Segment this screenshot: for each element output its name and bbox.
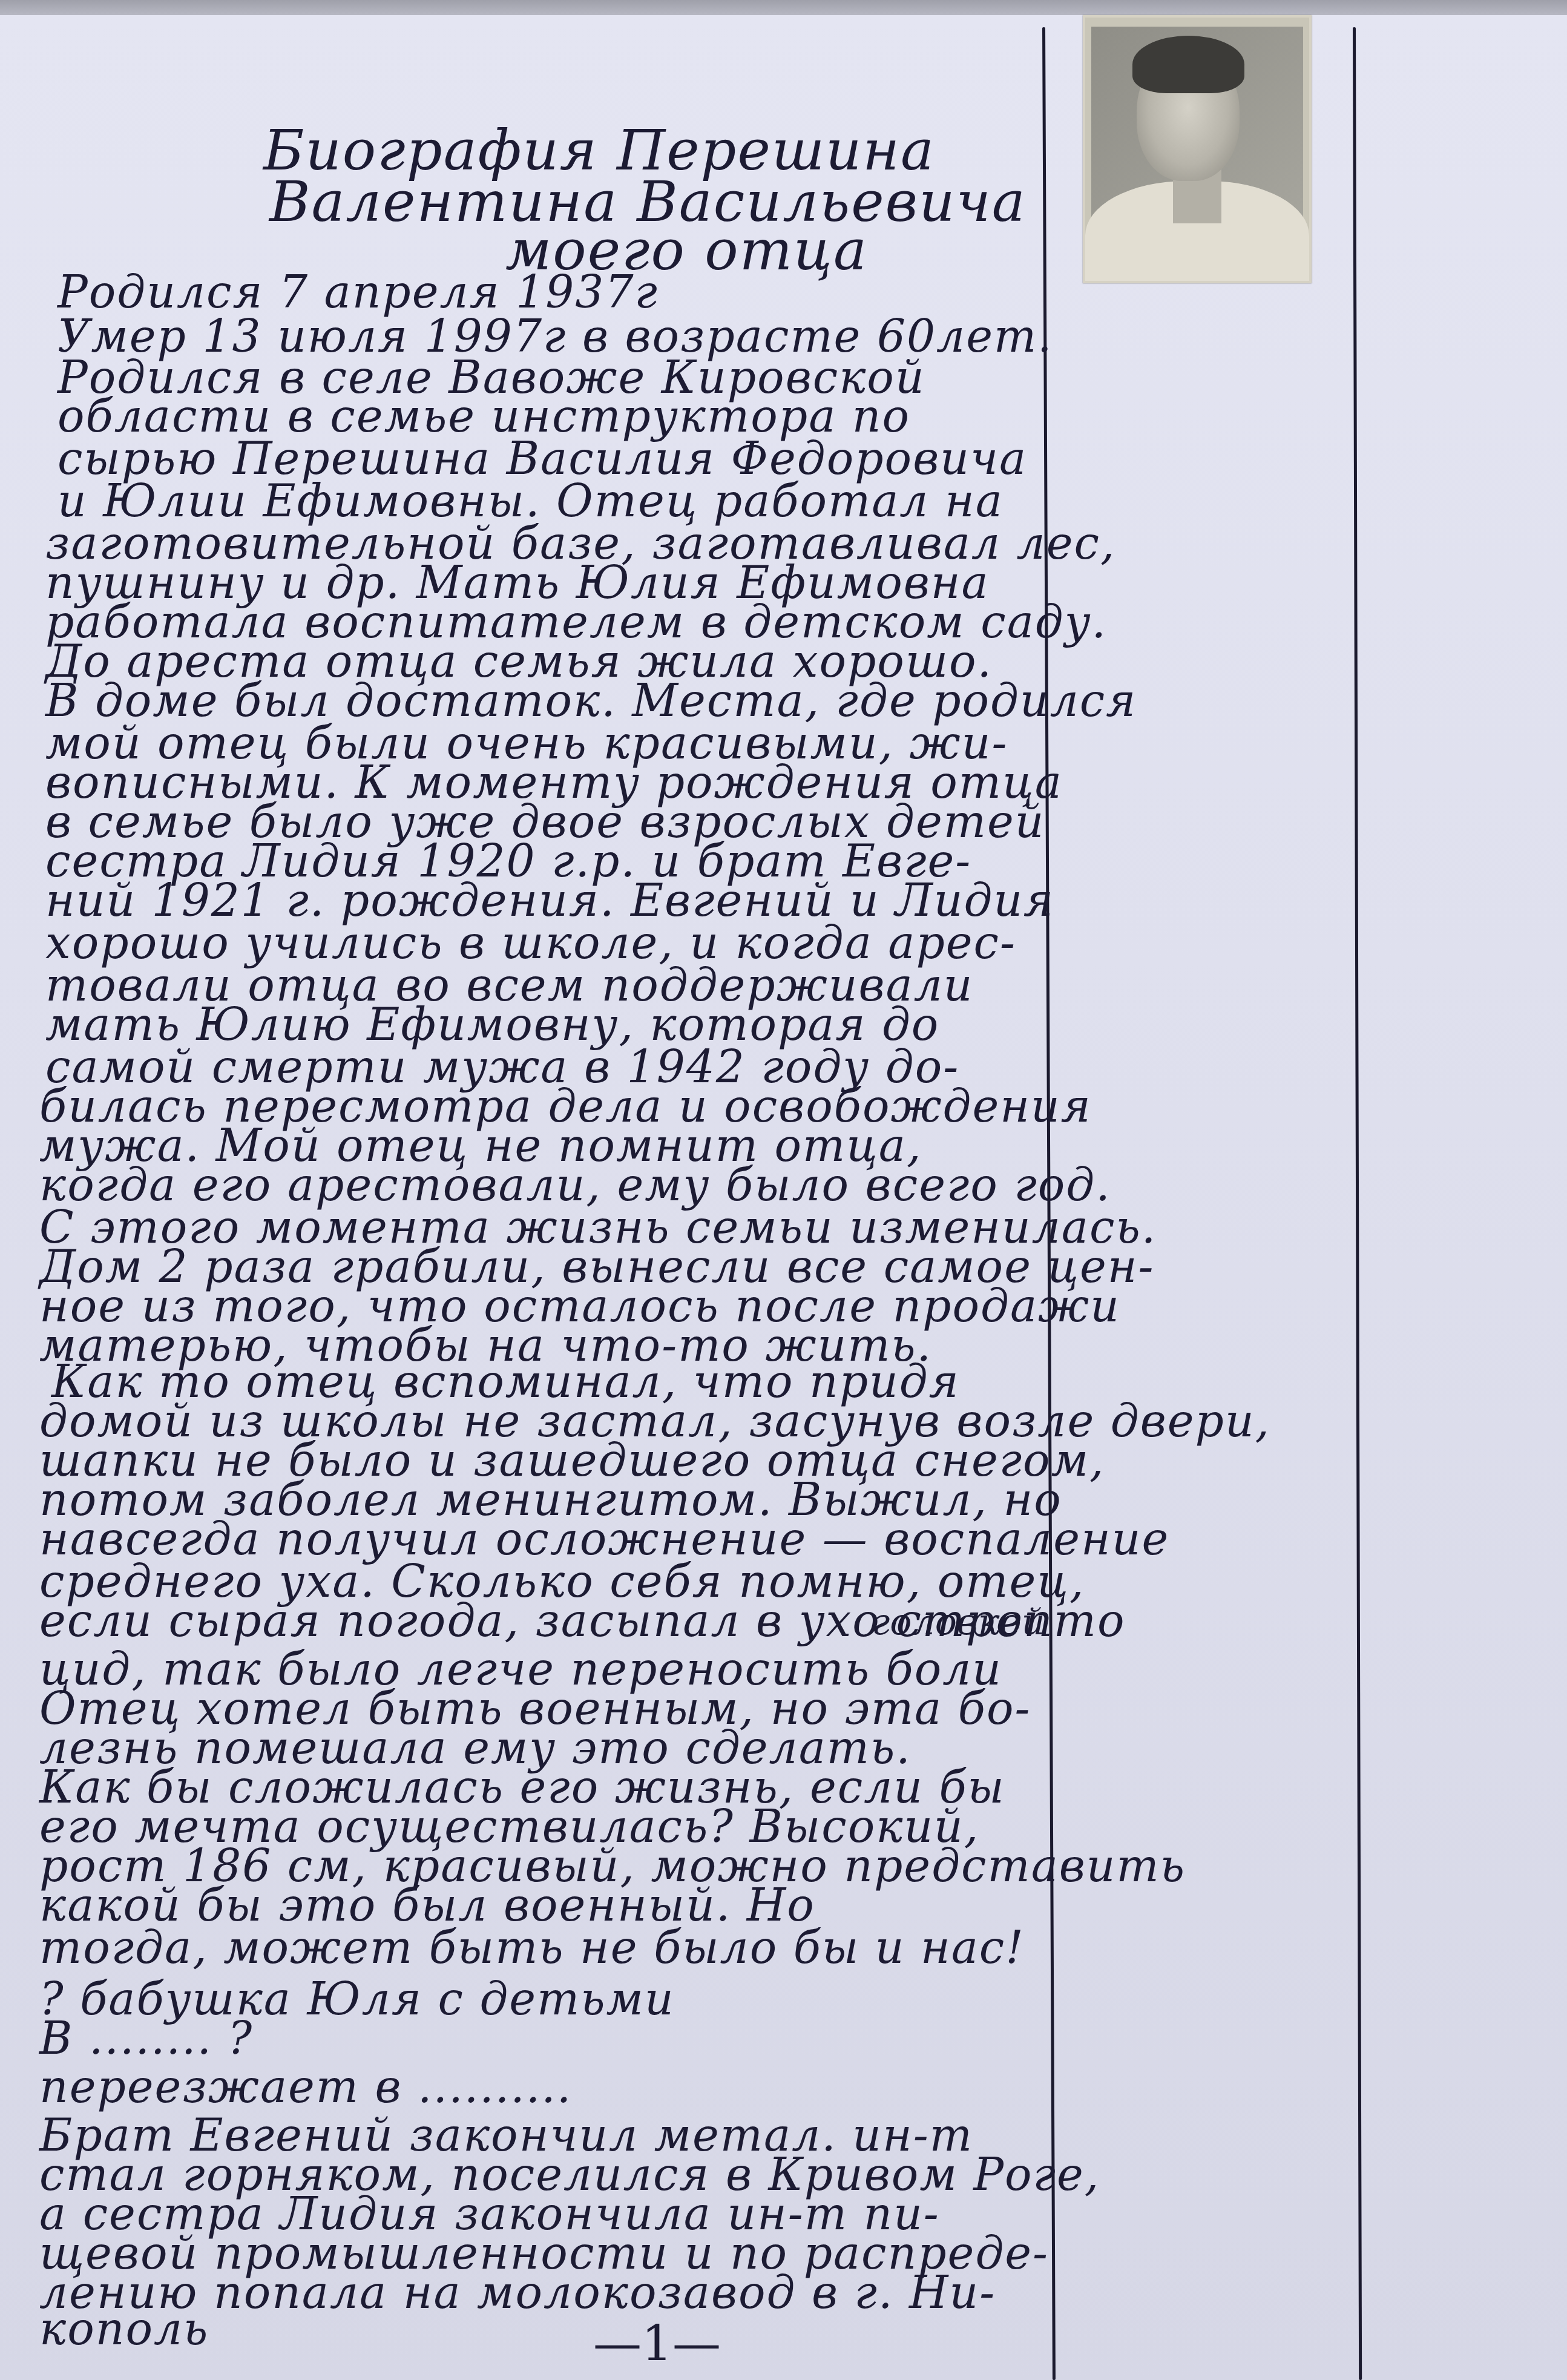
portrait-photo xyxy=(1083,15,1312,283)
body-line: тогда, может быть не было бы и нас! xyxy=(39,1922,1025,1974)
body-line: кополь xyxy=(39,2303,209,2355)
body-line: В ........ ? xyxy=(39,2013,253,2065)
margin-rule-right xyxy=(1353,27,1362,2380)
photo-hair xyxy=(1132,36,1244,93)
body-line: переезжает в .......... xyxy=(39,2061,572,2113)
page-number: —1— xyxy=(593,2315,721,2372)
document-page: Биография Перешина Валентина Васильевича… xyxy=(0,15,1567,2380)
interlinear-note: головкой xyxy=(872,1601,1045,1643)
